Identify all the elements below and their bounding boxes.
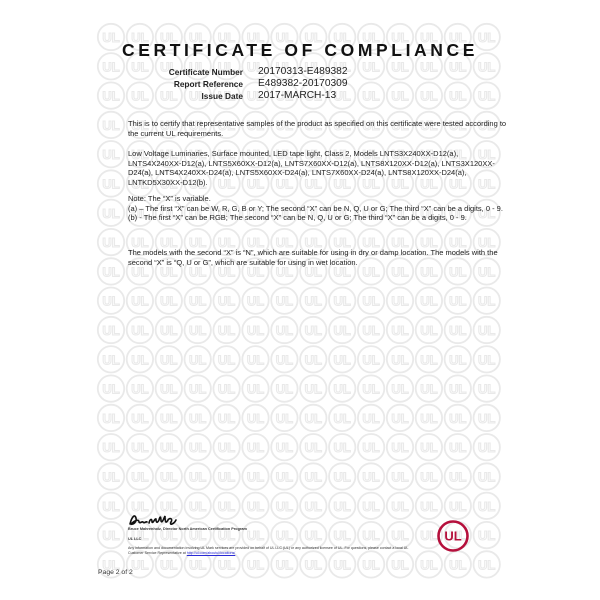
certificate-meta: Certificate Number 20170313-E489382 Repo… — [150, 66, 348, 102]
meta-row-issue-date: Issue Date 2017-MARCH-13 — [150, 90, 348, 102]
note-line-b: (b) - The first “X” can be RGB; The seco… — [128, 213, 508, 223]
page-number: Page 2 of 2 — [98, 569, 133, 576]
location-suitability: The models with the second “X” is “N”, w… — [128, 248, 508, 267]
product-models: Low Voltage Luminaries, Surface mounted,… — [128, 149, 508, 188]
meta-row-certificate-number: Certificate Number 20170313-E489382 — [150, 66, 348, 78]
meta-row-report-reference: Report Reference E489382-20170309 — [150, 78, 348, 90]
meta-label: Issue Date — [150, 90, 243, 102]
note-line-a: (a) – The first “X” can be W, R, G, B or… — [128, 204, 508, 214]
certification-statement: This is to certify that representative s… — [128, 119, 508, 138]
signature-image — [128, 512, 178, 528]
ul-logo-icon: UL — [436, 519, 470, 553]
document-title: CERTIFICATE OF COMPLIANCE — [0, 40, 600, 61]
meta-value: 2017-MARCH-13 — [258, 90, 336, 102]
meta-label: Certificate Number — [150, 66, 243, 78]
svg-text:UL: UL — [444, 529, 461, 544]
disclaimer-body: Any information and documentation involv… — [128, 546, 408, 555]
disclaimer-text: Any information and documentation involv… — [128, 546, 418, 555]
note-heading: Note: The “X” is variable. — [128, 194, 508, 204]
locations-link[interactable]: http://ul.com/aboutul/locations/ — [187, 551, 236, 555]
variable-note: Note: The “X” is variable. (a) – The fir… — [128, 194, 508, 223]
signatory-name: Bruce Mahrenholz, Director North America… — [128, 527, 247, 531]
meta-label: Report Reference — [150, 78, 243, 90]
meta-value: E489382-20170309 — [258, 78, 348, 90]
meta-value: 20170313-E489382 — [258, 66, 348, 78]
company-name: UL LLC — [128, 537, 141, 541]
